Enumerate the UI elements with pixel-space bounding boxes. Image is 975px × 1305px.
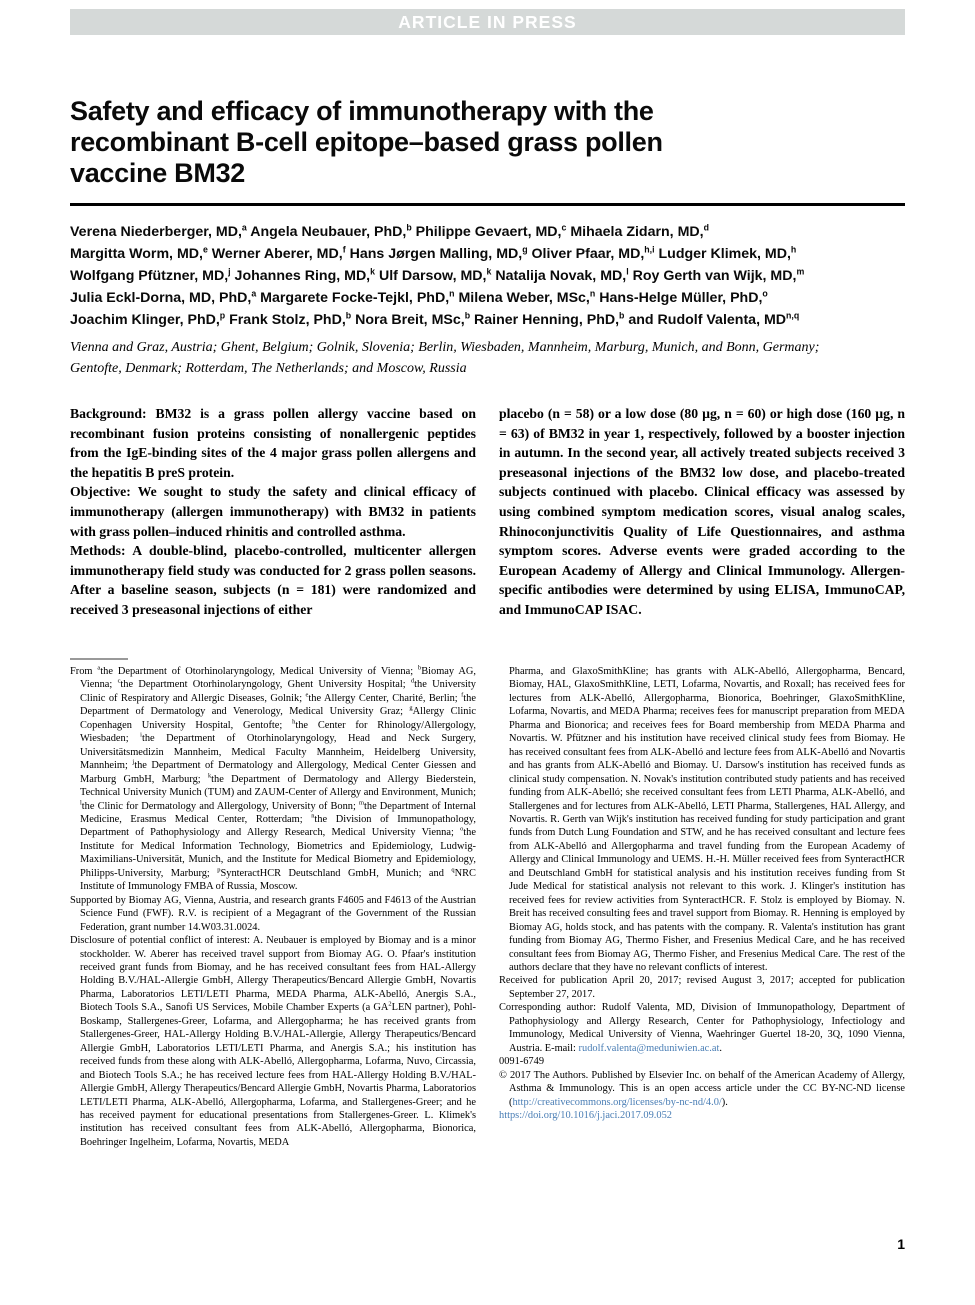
abstract-column-left: Background: BM32 is a grass pollen aller… — [70, 404, 476, 620]
license-link[interactable]: http://creativecommons.org/licenses/by-n… — [512, 1097, 721, 1108]
affiliation-line: Vienna and Graz, Austria; Ghent, Belgium… — [70, 340, 819, 355]
footnote-column-left: From athe Department of Otorhinolaryngol… — [70, 654, 476, 1149]
page-number: 1 — [897, 1236, 905, 1252]
author-line: Verena Niederberger, MD,a Angela Neubaue… — [70, 221, 905, 243]
received-dates-note: Received for publication April 20, 2017;… — [499, 974, 905, 1001]
abstract-background: Background: BM32 is a grass pollen aller… — [70, 404, 476, 482]
affiliations-footnote: From athe Department of Otorhinolaryngol… — [70, 665, 476, 894]
issn: 0091-6749 — [499, 1055, 905, 1068]
email-link[interactable]: rudolf.valenta@meduniwien.ac.at — [579, 1043, 720, 1054]
author-line: Margitta Worm, MD,e Werner Aberer, MD,f … — [70, 243, 905, 265]
doi-link[interactable]: https://doi.org/10.1016/j.jaci.2017.09.0… — [499, 1110, 672, 1121]
author-line: Joachim Klinger, PhD,p Frank Stolz, PhD,… — [70, 309, 905, 331]
corresponding-author-note: Corresponding author: Rudolf Valenta, MD… — [499, 1001, 905, 1055]
abstract-continuation: placebo (n = 58) or a low dose (80 µg, n… — [499, 404, 905, 620]
article-in-press-banner: ARTICLE IN PRESS — [70, 9, 905, 35]
journal-page: ARTICLE IN PRESS Safety and efficacy of … — [0, 0, 975, 1305]
title-line: vaccine BM32 — [70, 158, 245, 188]
abstract-objective: Objective: We sought to study the safety… — [70, 482, 476, 541]
abstract-column-right: placebo (n = 58) or a low dose (80 µg, n… — [499, 404, 905, 620]
title-line: Safety and efficacy of immunotherapy wit… — [70, 96, 654, 126]
footnote-column-right: Pharma, and GlaxoSmithKline; has grants … — [499, 654, 905, 1149]
title-line: recombinant B-cell epitope–based grass p… — [70, 127, 663, 157]
author-list: Verena Niederberger, MD,a Angela Neubaue… — [70, 221, 905, 331]
disclosure-note-continuation: Pharma, and GlaxoSmithKline; has grants … — [499, 665, 905, 974]
article-title: Safety and efficacy of immunotherapy wit… — [70, 96, 663, 189]
footnote-rule — [70, 658, 128, 660]
funding-note: Supported by Biomay AG, Vienna, Austria,… — [70, 894, 476, 934]
abstract-methods: Methods: A double-blind, placebo-control… — [70, 541, 476, 619]
abstract: Background: BM32 is a grass pollen aller… — [70, 404, 905, 620]
author-line: Julia Eckl-Dorna, MD, PhD,a Margarete Fo… — [70, 287, 905, 309]
doi-line: https://doi.org/10.1016/j.jaci.2017.09.0… — [499, 1109, 905, 1122]
title-rule — [70, 203, 905, 206]
author-line: Wolfgang Pfützner, MD,j Johannes Ring, M… — [70, 265, 905, 287]
affiliation-line: Gentofte, Denmark; Rotterdam, The Nether… — [70, 361, 467, 376]
footnotes: From athe Department of Otorhinolaryngol… — [70, 654, 905, 1149]
disclosure-note: Disclosure of potential conflict of inte… — [70, 934, 476, 1149]
corresponding-author-period: . — [719, 1043, 722, 1054]
copyright-suffix: ). — [722, 1097, 728, 1108]
affiliations: Vienna and Graz, Austria; Ghent, Belgium… — [70, 337, 915, 379]
copyright-note: © 2017 The Authors. Published by Elsevie… — [499, 1069, 905, 1109]
